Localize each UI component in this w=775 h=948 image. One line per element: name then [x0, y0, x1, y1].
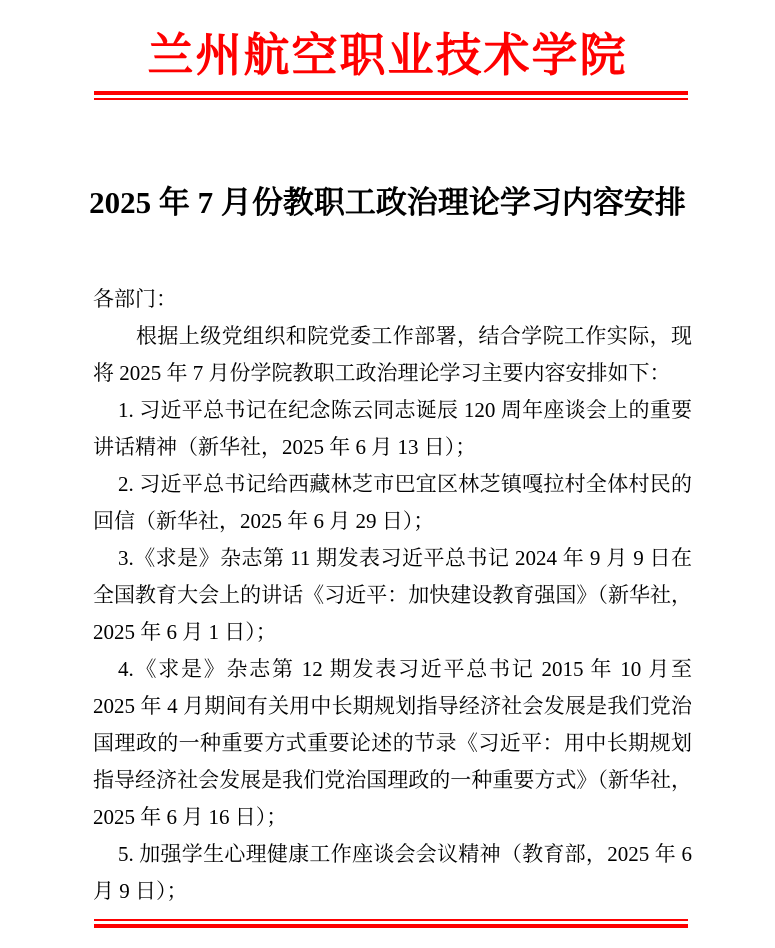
letterhead-school-name: 兰州航空职业技术学院 — [0, 0, 775, 86]
document-body: 各部门： 根据上级党组织和院党委工作部署，结合学院工作实际，现将 2025 年 … — [93, 281, 692, 910]
study-item-1: 1. 习近平总书记在纪念陈云同志诞辰 120 周年座谈会上的重要讲话精神（新华社… — [93, 392, 692, 466]
header-divider — [94, 91, 688, 100]
footer-divider-thin-line — [94, 919, 688, 921]
document-title: 2025 年 7 月份教职工政治理论学习内容安排 — [0, 184, 775, 221]
header-divider-thick-line — [94, 91, 688, 95]
study-item-4: 4.《求是》杂志第 12 期发表习近平总书记 2015 年 10 月至 2025… — [93, 651, 692, 836]
intro-paragraph: 根据上级党组织和院党委工作部署，结合学院工作实际，现将 2025 年 7 月份学… — [93, 318, 692, 392]
footer-divider — [94, 919, 688, 928]
study-item-3: 3.《求是》杂志第 11 期发表习近平总书记 2024 年 9 月 9 日在全国… — [93, 540, 692, 651]
document-page: 兰州航空职业技术学院 2025 年 7 月份教职工政治理论学习内容安排 各部门：… — [0, 0, 775, 948]
study-item-2: 2. 习近平总书记给西藏林芝市巴宜区林芝镇嘎拉村全体村民的回信（新华社，2025… — [93, 466, 692, 540]
footer-divider-thick-line — [94, 924, 688, 928]
header-divider-thin-line — [94, 98, 688, 100]
salutation: 各部门： — [93, 281, 692, 318]
study-item-5: 5. 加强学生心理健康工作座谈会会议精神（教育部，2025 年 6 月 9 日）… — [93, 836, 692, 910]
